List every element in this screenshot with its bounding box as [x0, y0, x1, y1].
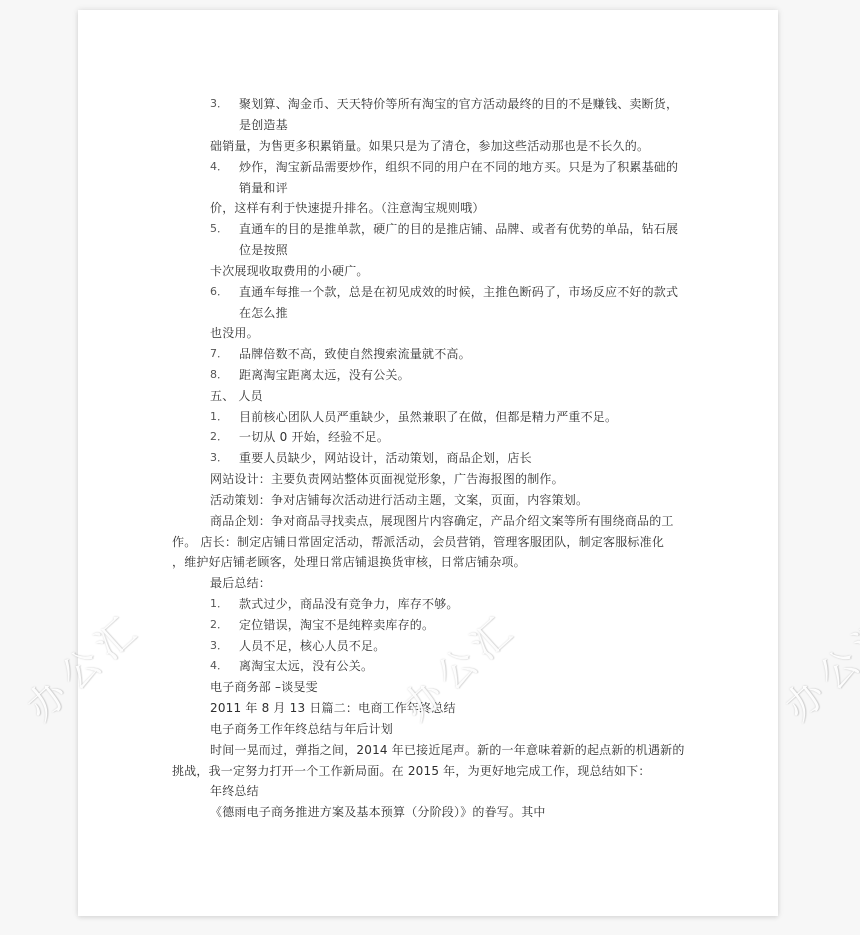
list-number: 4．	[210, 159, 228, 175]
text-line: 卡次展现收取费用的小硬广。	[210, 263, 369, 279]
text-line: 销量和评	[239, 180, 288, 196]
text-line: 《德雨电子商务推进方案及基本预算（分阶段）》的眷写。其中	[210, 804, 546, 820]
list-number: 3．	[210, 638, 228, 654]
text-line: 人员不足，核心人员不足。	[239, 638, 385, 654]
date-line: 2011 年 8 月 13 日篇二：电商工作年终总结	[210, 700, 456, 716]
text-line: 在怎么推	[239, 305, 288, 321]
text-line: 网站设计：主要负责网站整体页面视觉形象，广告海报图的制作。	[210, 471, 564, 487]
text-line: 位是按照	[239, 242, 288, 258]
list-number: 1．	[210, 596, 228, 612]
text-line: 挑战，我一定努力打开一个工作新局面。在 2015 年，为更好地完成工作，现总结如…	[172, 763, 651, 779]
text-line: 作。 店长：制定店铺日常固定活动，帮派活动，会员营销，管理客服团队，制定客服标准…	[172, 534, 664, 550]
text-line: 价，这样有利于快速提升排名。（注意淘宝规则哦）	[210, 200, 485, 216]
list-number: 2．	[210, 617, 228, 633]
section-heading: 五、 人员	[210, 388, 263, 404]
list-number: 8．	[210, 367, 228, 383]
list-number: 3．	[210, 96, 228, 112]
text-line: 距离淘宝距离太远，没有公关。	[239, 367, 410, 383]
text-line: 时间一晃而过，弹指之间，2014 年已接近尾声。新的一年意味着新的起点新的机遇新…	[210, 742, 685, 758]
text-line: 础销量，为售更多积累销量。如果只是为了清仓，参加这些活动那也是不长久的。	[210, 138, 649, 154]
text-line: 定位错误，淘宝不是纯粹卖库存的。	[239, 617, 434, 633]
text-line: 离淘宝太远，没有公关。	[239, 658, 373, 674]
text-line: 直通车的目的是推单款，硬广的目的是推店铺、品牌、或者有优势的单品，钻石展	[239, 221, 678, 237]
text-line: 聚划算、淘金币、天天特价等所有淘宝的官方活动最终的目的不是赚钱、卖断货，	[239, 96, 678, 112]
list-number: 4．	[210, 658, 228, 674]
text-line: 也没用。	[210, 325, 259, 341]
text-line: 直通车每推一个款，总是在初见成效的时候，主推色断码了，市场反应不好的款式	[239, 284, 678, 300]
list-number: 5．	[210, 221, 228, 237]
text-line: 炒作，淘宝新品需要炒作，组织不同的用户在不同的地方买。只是为了积累基础的	[239, 159, 678, 175]
text-line: 重要人员缺少，网站设计，活动策划，商品企划，店长	[239, 450, 532, 466]
text-line: 活动策划：争对店铺每次活动进行活动主题，文案，页面，内容策划。	[210, 492, 588, 508]
list-number: 3．	[210, 450, 228, 466]
watermark: 办公汇	[770, 598, 860, 731]
list-number: 7．	[210, 346, 228, 362]
list-number: 1．	[210, 409, 228, 425]
signature: 电子商务部 –谈旻雯	[210, 679, 318, 695]
document-page: 3． 聚划算、淘金币、天天特价等所有淘宝的官方活动最终的目的不是赚钱、卖断货， …	[78, 10, 778, 916]
section-heading: 年终总结	[210, 783, 259, 799]
text-line: 一切从 0 开始，经验不足。	[239, 429, 389, 445]
text-line: 是创造基	[239, 117, 288, 133]
list-number: 2．	[210, 429, 228, 445]
text-line: 目前核心团队人员严重缺少，虽然兼职了在做，但都是精力严重不足。	[239, 409, 617, 425]
section-heading: 最后总结：	[210, 575, 271, 591]
section-title: 电子商务工作年终总结与年后计划	[210, 721, 393, 737]
list-number: 6．	[210, 284, 228, 300]
text-line: ，维护好店铺老顾客，处理日常店铺退换货审核，日常店铺杂项。	[172, 554, 526, 570]
text-line: 款式过少，商品没有竞争力，库存不够。	[239, 596, 459, 612]
text-line: 商品企划：争对商品寻找卖点，展现图片内容确定，产品介绍文案等所有围绕商品的工	[210, 513, 674, 529]
text-line: 品牌倍数不高，致使自然搜索流量就不高。	[239, 346, 471, 362]
